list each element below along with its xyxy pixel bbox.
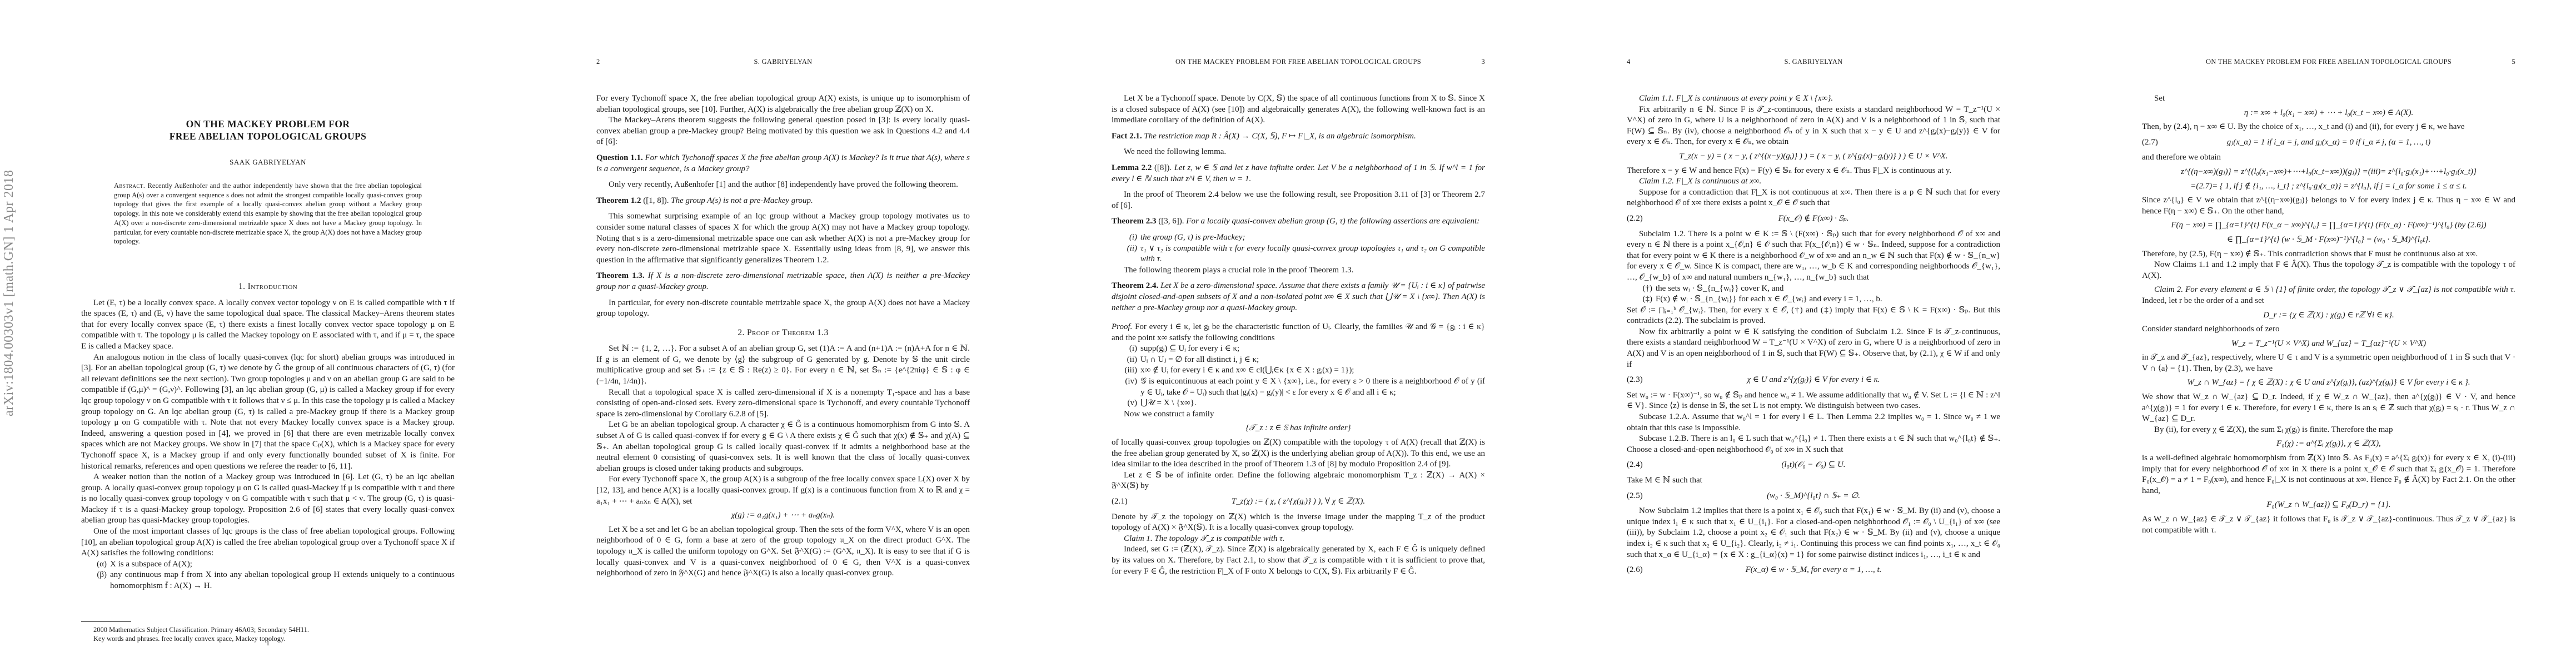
paragraph: Let (E, τ) be a locally convex space. A …	[81, 298, 455, 352]
spacer	[596, 191, 970, 196]
paragraph: Therefore x − y ∈ W and hence F(x) − F(y…	[1627, 166, 2000, 177]
paragraph: We show that W_z ∩ W_{az} ⊆ D_r. Indeed,…	[2142, 392, 2515, 425]
list-item-text: x∞ ∉ Uᵢ for every i ∈ κ and x∞ ∈ cl(⋃ᵢ∈κ…	[1140, 366, 1354, 375]
theorem-statement: Lemma 2.2 ([8]). Let z, w ∈ 𝕊 and let z …	[1112, 163, 1485, 185]
running-head-title: S. GABRIYELYAN	[596, 58, 970, 66]
equation-number: (2.1)	[1112, 496, 1128, 507]
theorem-text: Let X be a zero-dimensional space. Assum…	[1112, 281, 1485, 312]
theorem-label: Fact 2.1.	[1112, 132, 1142, 141]
numbered-equation: (2.5)(w₀ · 𝕊_M)^{l₀t} ∩ 𝕊₊ = ∅.	[1627, 491, 2000, 502]
paragraph: Set ℕ := {1, 2, …}. For a subset A of an…	[596, 344, 970, 387]
display-equation: T_z(x − y) = ( x − y, ( z^{(x−y)(gᵢ)} ) …	[1627, 151, 2000, 162]
display-equation: ∈ ∏_{α=1}^{t} (w · 𝕊_M · F(x∞)⁻¹)^{l₀} =…	[2142, 235, 2515, 246]
paragraph: and therefore we obtain	[2142, 152, 2515, 163]
list-item: (iv)𝒢 is equicontinuous at each point y …	[1140, 376, 1485, 398]
theorem-label: Question 1.1.	[596, 153, 643, 162]
spacer	[1112, 313, 1485, 318]
paragraph: is a well-defined algebraic homomorphism…	[2142, 453, 2515, 496]
list-item-label: (ii)	[1115, 243, 1137, 255]
theorem-text: For which Tychonoff spaces X the free ab…	[596, 153, 970, 173]
theorem-reference: ([1, 8]).	[641, 196, 669, 205]
enumerated-list: (†)the sets wᵢ · 𝕊_{n_{wᵢ}} cover K, and…	[1627, 283, 2000, 305]
running-head-title: ON THE MACKEY PROBLEM FOR FREE ABELIAN T…	[1112, 58, 1485, 66]
paragraph: Recall that a topological space X is cal…	[596, 387, 970, 420]
enumerated-list: (i)supp(gᵢ) ⊆ Uᵢ for every i ∈ κ;(ii)Uᵢ …	[1112, 344, 1485, 409]
paragraph: Take M ∈ ℕ such that	[1627, 475, 2000, 486]
claim-statement: Claim 1.2. F|_X is continuous at x∞.	[1627, 176, 2000, 187]
page-number: 5	[2512, 58, 2515, 66]
title-line-1: ON THE MACKEY PROBLEM FOR	[81, 118, 455, 130]
paragraph: Now we construct a family	[1112, 409, 1485, 420]
theorem-text: The group A(s) is not a pre-Mackey group…	[669, 196, 813, 205]
equation-body: (w₀ · 𝕊_M)^{l₀t} ∩ 𝕊₊ = ∅.	[1767, 491, 1860, 500]
paragraph: For every Tychonoff space X, the group A…	[596, 474, 970, 507]
equation-number: (2.2)	[1627, 213, 1643, 225]
author-name: SAAK GABRIYELYAN	[81, 158, 455, 167]
display-equation: {𝒯_z : z ∈ 𝕊 has infinite order}	[1112, 423, 1485, 434]
display-equation: z^{(η−x∞)(gⱼ)} = z^{(l₀(x₁−x∞)+⋯+l₀(x_t−…	[2142, 167, 2515, 178]
proof-label: Proof.	[1112, 322, 1132, 331]
running-head: 2 S. GABRIYELYAN	[596, 58, 970, 68]
list-item-text: F(x) ∉ wᵢ · 𝕊_{n_{wᵢ}} for each x ∈ 𝒪_{w…	[1656, 295, 1882, 303]
claim-statement: Claim 1. The topology 𝒯_z is compatible …	[1112, 534, 1485, 545]
theorem-label: Theorem 2.4.	[1112, 281, 1158, 290]
paragraph: Let G be an abelian topological group. A…	[596, 420, 970, 474]
page-number: 3	[1481, 58, 1485, 66]
equation-body: χ ∈ U and z^{χ(gᵢ)} ∈ V for every i ∈ κ.	[1747, 375, 1880, 384]
theorem-label: Theorem 1.2	[596, 196, 641, 205]
claim-statement: Claim 2. For every element a ∈ 𝕊 \ {1} o…	[2142, 285, 2515, 306]
equation-body: (l₀t)(𝒪₀ − 𝒪₀) ⊆ U.	[1781, 460, 1845, 469]
paragraph: Let X be a Tychonoff space. Denote by C(…	[1112, 93, 1485, 126]
claim-statement: Claim 1.1. F|_X is continuous at every p…	[1627, 93, 2000, 104]
abstract-text: Recently Außenhofer and the author indep…	[114, 182, 422, 245]
equation-number: (2.6)	[1627, 565, 1643, 576]
display-equation: F(η − x∞) = ∏_{α=1}^{t} F(x_α − x∞)^{l₀}…	[2142, 220, 2515, 231]
proof-paragraph: Proof. For every i ∈ κ, let gᵢ be the ch…	[1112, 322, 1485, 344]
section-heading-text: 1. Introduction	[238, 282, 297, 291]
page-2: 2 S. GABRIYELYAN For every Tychonoff spa…	[515, 0, 1030, 667]
list-item-label: (‡)	[1630, 294, 1652, 305]
paragraph: Therefore, by (2.5), F(η − x∞) ∉ 𝕊₊. Thi…	[2142, 249, 2515, 260]
paragraph: Consider standard neighborhoods of zero	[2142, 324, 2515, 335]
list-item-text: ⋃𝒰 = X \ {x∞}.	[1140, 399, 1197, 407]
paragraph: Then, by (2.4), η − x∞ ∈ U. By the choic…	[2142, 122, 2515, 133]
equation-number: (2.7)	[2142, 137, 2158, 148]
display-equation: W_z ∩ W_{az} = { χ ∈ ℤ(X) : χ ∈ U and z^…	[2142, 377, 2515, 389]
spacer	[596, 175, 970, 180]
paragraph: Suppose for a contradiction that F|_X is…	[1627, 187, 2000, 209]
claim-text: Claim 2. For every element a ∈ 𝕊 \ {1} o…	[2154, 285, 2515, 294]
paragraph: in 𝒯_z and 𝒯_{az}, respectively, where U…	[2142, 352, 2515, 374]
footnote-msc: 2000 Mathematics Subject Classification.…	[81, 625, 455, 634]
running-head: ON THE MACKEY PROBLEM FOR FREE ABELIAN T…	[2142, 58, 2515, 68]
theorem-statement: Theorem 2.3 ([3, 6]). For a locally quas…	[1112, 216, 1485, 227]
paragraph: One of the most important classes of lqc…	[81, 526, 455, 559]
display-equation: F₀(χ) := a^{Σᵢ χ(gᵢ)}, χ ∈ ℤ(X),	[2142, 439, 2515, 450]
spacer	[1112, 142, 1485, 147]
paper-title: ON THE MACKEY PROBLEM FOR FREE ABELIAN T…	[81, 118, 455, 142]
footnote-rule	[81, 621, 131, 622]
equation-number: (2.5)	[1627, 491, 1643, 502]
equation-body: T_z(χ) := ( χ, ( z^{χ(gᵢ)} ) ), ∀ χ ∈ ℤ(…	[1232, 497, 1365, 506]
list-item-text: supp(gᵢ) ⊆ Uᵢ for every i ∈ κ;	[1140, 344, 1239, 353]
section-heading-introduction: 1. Introduction	[81, 281, 455, 292]
list-item: (v)⋃𝒰 = X \ {x∞}.	[1140, 398, 1485, 409]
display-equation: χ(g) := a₁g(x₁) + ⋯ + aₙg(xₙ).	[596, 510, 970, 521]
paragraph: The Mackey–Arens theorem suggests the fo…	[596, 115, 970, 148]
paragraph: This somewhat surprising example of an l…	[596, 211, 970, 266]
page-4: 4 S. GABRIYELYAN Claim 1.1. F|_X is cont…	[1546, 0, 2061, 667]
paragraph: Now Subclaim 1.2 implies that there is a…	[1627, 506, 2000, 560]
paragraph: Only very recently, Außenhofer [1] and t…	[596, 180, 970, 191]
equation-body: F(x_𝒪) ∉ F(x∞) · 𝕊ₚ.	[1778, 214, 1849, 223]
equation-body: gⱼ(x_α) = 1 if i_α = j, and gⱼ(x_α) = 0 …	[2227, 138, 2430, 147]
theorem-reference: ([8]).	[1152, 163, 1172, 172]
page-2-body: For every Tychonoff space X, the free ab…	[596, 93, 970, 579]
claim-rest: Indeed, let r be the order of a and set	[2142, 296, 2264, 305]
paragraph: As W_z ∩ W_{az} ∈ 𝒯_z ∨ 𝒯_{az} it follow…	[2142, 514, 2515, 536]
paragraph: Subclaim 1.2. There is a point w ∈ K := …	[1627, 229, 2000, 283]
paragraph: In particular, for every non-discrete co…	[596, 298, 970, 320]
list-item-text: X is a subspace of A(X);	[110, 560, 192, 569]
display-equation: F₀(W_z ∩ W_{az}) ⊆ F₀(D_r) = {1}.	[2142, 500, 2515, 511]
display-equation: D_r := {χ ∈ ℤ(X) : χ(gᵢ) ∈ rℤ ∀i ∈ κ}.	[2142, 310, 2515, 321]
paragraph: Set 𝒪 := ⋂ᵢ₌₁ᵇ 𝒪_{wᵢ}. Then, for every x…	[1627, 305, 2000, 327]
page-number: 1	[81, 639, 455, 648]
spacer	[1112, 211, 1485, 216]
theorem-label: Theorem 1.3.	[596, 271, 645, 280]
display-equation: =(2.7)= { 1, if j ∉ {i₁, …, i_t} ; z^{l₀…	[2142, 181, 2515, 192]
list-item-label: (iv)	[1115, 376, 1137, 387]
paragraph: A weaker notion than the notion of a Mac…	[81, 472, 455, 526]
spacer	[1112, 185, 1485, 190]
list-item-label: (α)	[84, 559, 107, 570]
paragraph: Now fix arbitrarily a point w ∈ K satisf…	[1627, 327, 2000, 370]
numbered-equation: (2.4)(l₀t)(𝒪₀ − 𝒪₀) ⊆ U.	[1627, 460, 2000, 471]
list-item: (†)the sets wᵢ · 𝕊_{n_{wᵢ}} cover K, and	[1656, 283, 2000, 295]
paragraph: Denote by 𝒯_z the topology on ℤ(X) which…	[1112, 512, 1485, 534]
list-item: (iii)x∞ ∉ Uᵢ for every i ∈ κ and x∞ ∈ cl…	[1140, 365, 1485, 376]
paragraph: Set w₀ := w · F(x∞)⁻¹, so w₀ ∉ 𝕊ₚ and he…	[1627, 390, 2000, 412]
list-item-text: 𝒢 is equicontinuous at each point y ∈ X …	[1140, 377, 1485, 397]
display-equation: η := x∞ + l₀(x₁ − x∞) + ⋯ + l₀(x_t − x∞)…	[2142, 108, 2515, 119]
paragraph: Subcase 1.2.B. There is an l₀ ∈ L such t…	[1627, 434, 2000, 455]
paragraph: By (ii), for every χ ∈ ℤ(X), the sum Σᵢ …	[2142, 425, 2515, 436]
page-4-body: Claim 1.1. F|_X is continuous at every p…	[1627, 93, 2000, 580]
paragraph: In the proof of Theorem 2.4 below we use…	[1112, 190, 1485, 211]
paragraph: The following theorem plays a crucial ro…	[1112, 265, 1485, 276]
list-item-label: (i)	[1115, 344, 1137, 355]
page-1: arXiv:1804.00303v1 [math.GN] 1 Apr 2018 …	[0, 0, 515, 667]
spacer	[1112, 227, 1485, 232]
page-5: ON THE MACKEY PROBLEM FOR FREE ABELIAN T…	[2061, 0, 2576, 667]
section-heading: 2. Proof of Theorem 1.3	[596, 327, 970, 339]
theorem-statement: Theorem 1.3. If X is a non-discrete zero…	[596, 271, 970, 292]
theorem-statement: Theorem 1.2 ([1, 8]). The group A(s) is …	[596, 196, 970, 207]
page-1-body: 1. Introduction Let (E, τ) be a locally …	[81, 273, 455, 592]
list-item-text: Uᵢ ∩ Uⱼ = ∅ for all distinct i, j ∈ κ;	[1140, 355, 1259, 364]
spacer	[1112, 276, 1485, 281]
list-item-label: (†)	[1630, 283, 1652, 295]
paragraph: Let X be a set and let G be an abelian t…	[596, 525, 970, 579]
list-item-text: any continuous map f from X into any abe…	[110, 570, 455, 590]
theorem-label: Theorem 2.3	[1112, 217, 1157, 226]
page-3-body: Let X be a Tychonoff space. Denote by C(…	[1112, 93, 1485, 577]
list-item-text: the group (G, τ) is pre-Mackey;	[1140, 233, 1245, 242]
list-item-label: (ii)	[1115, 355, 1137, 366]
running-head: 4 S. GABRIYELYAN	[1627, 58, 2000, 68]
theorem-text: The restriction map R : Â(X) → C(X, 𝕊), …	[1142, 132, 1416, 141]
running-head: ON THE MACKEY PROBLEM FOR FREE ABELIAN T…	[1112, 58, 1485, 68]
definition-conditions-list: (α)X is a subspace of A(X); (β)any conti…	[81, 559, 455, 592]
running-head-title: S. GABRIYELYAN	[1627, 58, 2000, 66]
equation-body: F(x_α) ∈ w · 𝕊_M, for every α = 1, …, t.	[1746, 565, 1882, 574]
paragraph: Fix arbitrarily n ∈ ℕ. Since F is 𝒯_z-co…	[1627, 104, 2000, 148]
paragraph: An analogous notion in the class of loca…	[81, 352, 455, 472]
list-item: (i)the group (G, τ) is pre-Mackey;	[1140, 232, 1485, 243]
list-item: (β)any continuous map f from X into any …	[110, 570, 455, 591]
paragraph: We need the following lemma.	[1112, 147, 1485, 158]
spacer	[596, 206, 970, 211]
list-item-text: the sets wᵢ · 𝕊_{n_{wᵢ}} cover K, and	[1656, 284, 1783, 293]
running-head-title: ON THE MACKEY PROBLEM FOR FREE ABELIAN T…	[2142, 58, 2515, 66]
theorem-statement: Theorem 2.4. Let X be a zero-dimensional…	[1112, 281, 1485, 313]
equation-number: (2.4)	[1627, 460, 1643, 471]
abstract: Abstract. Recently Außenhofer and the au…	[114, 181, 422, 246]
theorem-text: For a locally quasi-convex abelian group…	[1184, 217, 1480, 226]
list-item-label: (v)	[1115, 398, 1137, 409]
theorem-text: If X is a non-discrete zero-dimensional …	[596, 271, 970, 291]
enumerated-list: (i)the group (G, τ) is pre-Mackey;(ii)τ₁…	[1112, 232, 1485, 265]
abstract-label: Abstract.	[114, 182, 145, 190]
numbered-equation: (2.2)F(x_𝒪) ∉ F(x∞) · 𝕊ₚ.	[1627, 213, 2000, 225]
paragraph: Let z ∈ 𝕊 be of infinite order. Define t…	[1112, 470, 1485, 492]
list-item-label: (iii)	[1115, 365, 1137, 376]
paragraph: of locally quasi-convex group topologies…	[1112, 437, 1485, 470]
proof-text: For every i ∈ κ, let gᵢ be the character…	[1112, 322, 1485, 342]
page-5-body: Setη := x∞ + l₀(x₁ − x∞) + ⋯ + l₀(x_t − …	[2142, 93, 2515, 536]
list-item: (ii)τ₁ ∨ τ₂ is compatible with τ for eve…	[1140, 243, 1485, 265]
section-heading-text: 2. Proof of Theorem 1.3	[738, 328, 828, 337]
title-line-2: FREE ABELIAN TOPOLOGICAL GROUPS	[81, 130, 455, 142]
spacer	[596, 266, 970, 271]
list-item-text: τ₁ ∨ τ₂ is compatible with τ for every l…	[1140, 244, 1485, 264]
list-item: (ii)Uᵢ ∩ Uⱼ = ∅ for all distinct i, j ∈ …	[1140, 355, 1485, 366]
spacer	[596, 148, 970, 153]
paragraph: Indeed, set G := (ℤ(X), 𝒯_z). Since ℤ(X)…	[1112, 544, 1485, 577]
spacer	[1112, 126, 1485, 131]
theorem-label: Lemma 2.2	[1112, 163, 1152, 172]
theorem-statement: Fact 2.1. The restriction map R : Â(X) →…	[1112, 131, 1485, 142]
numbered-equation: (2.3)χ ∈ U and z^{χ(gᵢ)} ∈ V for every i…	[1627, 375, 2000, 386]
numbered-equation: (2.7)gⱼ(x_α) = 1 if i_α = j, and gⱼ(x_α)…	[2142, 137, 2515, 148]
numbered-equation: (2.6)F(x_α) ∈ w · 𝕊_M, for every α = 1, …	[1627, 565, 2000, 576]
spacer	[1112, 158, 1485, 163]
paragraph: Since z^{l₀} ∈ V we obtain that z^{(η−x∞…	[2142, 195, 2515, 217]
page-3: ON THE MACKEY PROBLEM FOR FREE ABELIAN T…	[1030, 0, 1546, 667]
list-item: (‡)F(x) ∉ wᵢ · 𝕊_{n_{wᵢ}} for each x ∈ 𝒪…	[1656, 294, 2000, 305]
list-item: (i)supp(gᵢ) ⊆ Uᵢ for every i ∈ κ;	[1140, 344, 1485, 355]
display-equation: W_z = T_z⁻¹(U × V^X) and W_{az} = T_{az}…	[2142, 339, 2515, 350]
paragraph: Now Claims 1.1 and 1.2 imply that F ∈ Â(…	[2142, 260, 2515, 281]
equation-number: (2.3)	[1627, 375, 1643, 386]
paragraph: For every Tychonoff space X, the free ab…	[596, 93, 970, 115]
theorem-statement: Question 1.1. For which Tychonoff spaces…	[596, 153, 970, 175]
theorem-reference: ([3, 6]).	[1157, 217, 1184, 226]
paragraph: Set	[2142, 93, 2515, 104]
numbered-equation: (2.1)T_z(χ) := ( χ, ( z^{χ(gᵢ)} ) ), ∀ χ…	[1112, 496, 1485, 507]
list-item-label: (β)	[84, 570, 107, 581]
paragraph: Subcase 1.2.A. Assume that w₀^l = 1 for …	[1627, 412, 2000, 434]
list-item-label: (i)	[1115, 232, 1137, 243]
list-item: (α)X is a subspace of A(X);	[110, 559, 455, 570]
arxiv-stamp: arXiv:1804.00303v1 [math.GN] 1 Apr 2018	[2, 233, 17, 416]
spacer	[596, 293, 970, 298]
